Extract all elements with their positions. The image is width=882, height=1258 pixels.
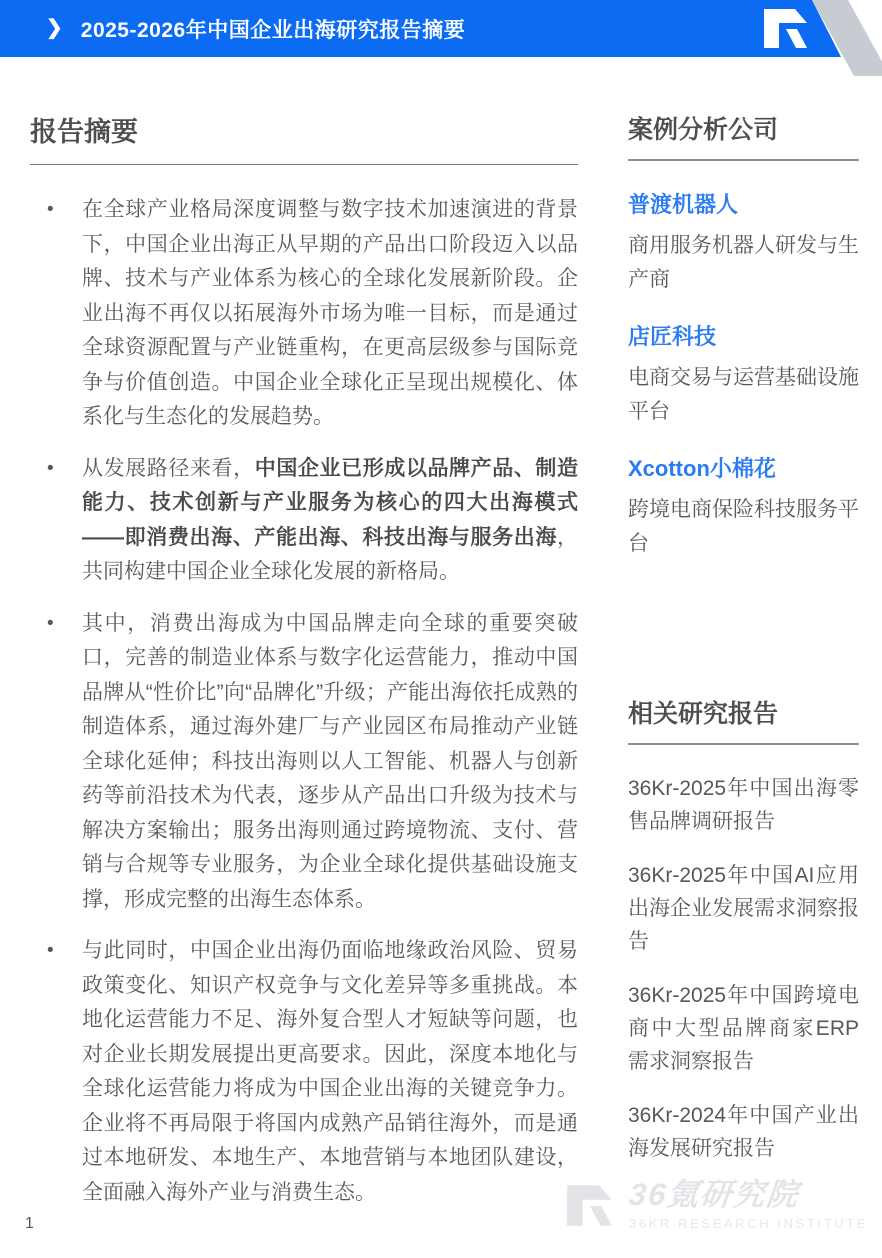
report-item: 36Kr-2025年中国出海零售品牌调研报告 — [628, 772, 859, 838]
bullet-text: 其中，消费出海成为中国品牌走向全球的重要突破口，完善的制造业体系与数字化运营能力… — [82, 607, 578, 918]
summary-bullet: •从发展路径来看，中国企业已形成以品牌产品、制造能力、技术创新与产业服务为核心的… — [30, 452, 578, 590]
summary-heading: 报告摘要 — [30, 110, 578, 165]
36kr-logo-icon — [762, 8, 812, 53]
summary-section: 报告摘要 •在全球产业格局深度调整与数字技术加速演进的背景下，中国企业出海正从早… — [30, 110, 578, 1227]
watermark-logo: 36氪研究院 36KR RESEARCH INSTITUTE — [565, 1178, 868, 1231]
bullet-marker: • — [30, 607, 82, 918]
report-item: 36Kr-2025年中国跨境电商中大型品牌商家ERP需求洞察报告 — [628, 979, 859, 1078]
report-list: 36Kr-2025年中国出海零售品牌调研报告36Kr-2025年中国AI应用出海… — [628, 772, 859, 1165]
case-companies-section: 案例分析公司 普渡机器人商用服务机器人研发与生产商店匠科技电商交易与运营基础设施… — [628, 110, 859, 584]
company-name-link[interactable]: 普渡机器人 — [628, 188, 859, 219]
bullet-marker: • — [30, 452, 82, 590]
company-item: Xcotton小棉花跨境电商保险科技服务平台 — [628, 452, 859, 561]
bullet-marker: • — [30, 193, 82, 435]
bullet-text: 与此同时，中国企业出海仍面临地缘政治风险、贸易政策变化、知识产权竞争与文化差异等… — [82, 934, 578, 1210]
bullet-text: 在全球产业格局深度调整与数字技术加速演进的背景下，中国企业出海正从早期的产品出口… — [82, 193, 578, 435]
bullet-text: 从发展路径来看，中国企业已形成以品牌产品、制造能力、技术创新与产业服务为核心的四… — [82, 452, 578, 590]
company-name-link[interactable]: Xcotton小棉花 — [628, 452, 859, 483]
report-item: 36Kr-2025年中国AI应用出海企业发展需求洞察报告 — [628, 859, 859, 958]
summary-bullet-list: •在全球产业格局深度调整与数字技术加速演进的背景下，中国企业出海正从早期的产品出… — [30, 193, 578, 1210]
summary-bullet: •与此同时，中国企业出海仍面临地缘政治风险、贸易政策变化、知识产权竞争与文化差异… — [30, 934, 578, 1210]
related-heading: 相关研究报告 — [628, 694, 859, 745]
watermark-cn: 36氪研究院 — [627, 1178, 870, 1212]
36kr-r-watermark-icon — [565, 1183, 617, 1227]
report-item: 36Kr-2024年中国产业出海发展研究报告 — [628, 1099, 859, 1165]
summary-bullet: •在全球产业格局深度调整与数字技术加速演进的背景下，中国企业出海正从早期的产品出… — [30, 193, 578, 435]
company-description: 商用服务机器人研发与生产商 — [628, 229, 859, 297]
company-description: 跨境电商保险科技服务平台 — [628, 493, 859, 561]
company-list: 普渡机器人商用服务机器人研发与生产商店匠科技电商交易与运营基础设施平台Xcott… — [628, 188, 859, 561]
page-number: 1 — [25, 1215, 34, 1233]
related-reports-section: 相关研究报告 36Kr-2025年中国出海零售品牌调研报告36Kr-2025年中… — [628, 694, 859, 1186]
company-name-link[interactable]: 店匠科技 — [628, 320, 859, 351]
watermark-text: 36氪研究院 36KR RESEARCH INSTITUTE — [629, 1178, 868, 1231]
header-bar: ❯ 2025-2026年中国企业出海研究报告摘要 — [0, 0, 882, 57]
watermark-en: 36KR RESEARCH INSTITUTE — [629, 1216, 868, 1231]
bullet-marker: • — [30, 934, 82, 1210]
page-title: 2025-2026年中国企业出海研究报告摘要 — [81, 14, 465, 44]
company-description: 电商交易与运营基础设施平台 — [628, 361, 859, 429]
cases-heading: 案例分析公司 — [628, 110, 859, 161]
report-page: ❯ 2025-2026年中国企业出海研究报告摘要 报告摘要 •在全球产业格局深度… — [0, 0, 882, 1258]
summary-bullet: •其中，消费出海成为中国品牌走向全球的重要突破口，完善的制造业体系与数字化运营能… — [30, 607, 578, 918]
company-item: 普渡机器人商用服务机器人研发与生产商 — [628, 188, 859, 297]
chevron-right-icon: ❯ — [46, 0, 63, 57]
company-item: 店匠科技电商交易与运营基础设施平台 — [628, 320, 859, 429]
